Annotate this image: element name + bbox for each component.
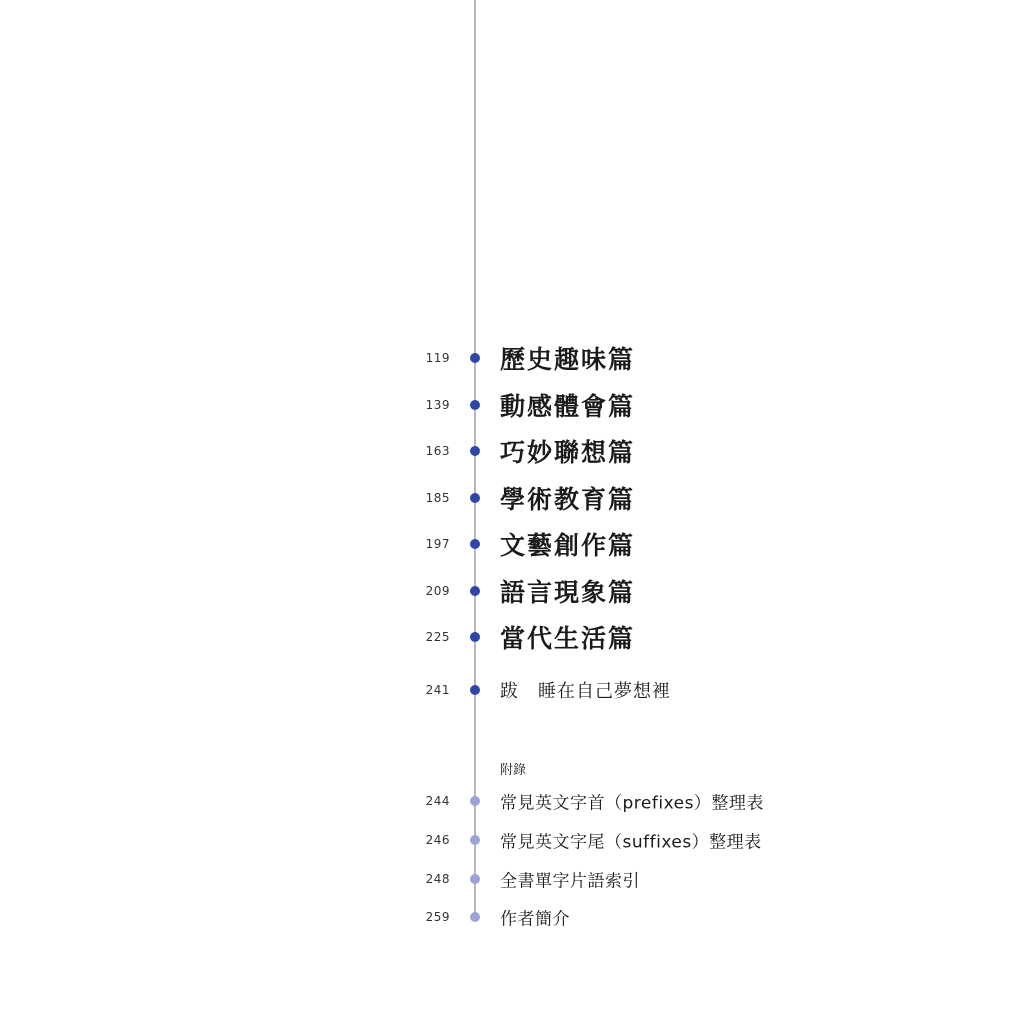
page-number: 248: [400, 872, 450, 886]
page-number: 163: [400, 444, 450, 458]
timeline-dot-icon: [470, 912, 480, 922]
appendix-item-title[interactable]: 常見英文字尾（suffixes）整理表: [500, 828, 762, 853]
epilogue-title[interactable]: 跋 睡在自己夢想裡: [500, 677, 671, 703]
chapter-title[interactable]: 歷史趣味篇: [500, 340, 635, 376]
toc-entry-chapter[interactable]: 185 學術教育篇: [0, 483, 1024, 513]
toc-entry-chapter[interactable]: 197 文藝創作篇: [0, 529, 1024, 559]
toc-entry-appendix[interactable]: 246 常見英文字尾（suffixes）整理表: [0, 825, 1024, 855]
appendix-item-title[interactable]: 作者簡介: [500, 905, 570, 930]
page-number: 185: [400, 491, 450, 505]
page-number: 259: [400, 910, 450, 924]
toc-entry-appendix[interactable]: 248 全書單字片語索引: [0, 864, 1024, 894]
timeline-dot-icon: [470, 796, 480, 806]
toc-entry-chapter[interactable]: 209 語言現象篇: [0, 576, 1024, 606]
chapter-title[interactable]: 文藝創作篇: [500, 526, 635, 562]
toc-entry-appendix[interactable]: 259 作者簡介: [0, 902, 1024, 932]
page-number: 225: [400, 630, 450, 644]
timeline-dot-icon: [470, 539, 480, 549]
toc-entry-chapter[interactable]: 119 歷史趣味篇: [0, 343, 1024, 373]
chapter-title[interactable]: 學術教育篇: [500, 480, 635, 516]
page-number: 139: [400, 398, 450, 412]
toc-entry-chapter[interactable]: 225 當代生活篇: [0, 622, 1024, 652]
chapter-title[interactable]: 動感體會篇: [500, 387, 635, 423]
timeline-dot-icon: [470, 400, 480, 410]
appendix-item-title[interactable]: 全書單字片語索引: [500, 867, 640, 892]
timeline-dot-icon: [470, 835, 480, 845]
toc-entry-appendix[interactable]: 244 常見英文字首（prefixes）整理表: [0, 786, 1024, 816]
page-number: 209: [400, 584, 450, 598]
chapter-title[interactable]: 語言現象篇: [500, 573, 635, 609]
timeline-dot-icon: [470, 446, 480, 456]
timeline-dot-icon: [470, 874, 480, 884]
toc-entry-chapter[interactable]: 163 巧妙聯想篇: [0, 436, 1024, 466]
page-number: 246: [400, 833, 450, 847]
timeline-dot-icon: [470, 685, 480, 695]
appendix-heading: 附錄: [500, 759, 526, 778]
toc-entry-epilogue[interactable]: 241 跋 睡在自己夢想裡: [0, 675, 1024, 705]
toc-entry-chapter[interactable]: 139 動感體會篇: [0, 390, 1024, 420]
page-number: 119: [400, 351, 450, 365]
chapter-title[interactable]: 當代生活篇: [500, 619, 635, 655]
page-number: 244: [400, 794, 450, 808]
page-number: 241: [400, 683, 450, 697]
timeline-dot-icon: [470, 493, 480, 503]
chapter-title[interactable]: 巧妙聯想篇: [500, 433, 635, 469]
timeline-dot-icon: [470, 586, 480, 596]
timeline-dot-icon: [470, 632, 480, 642]
page-number: 197: [400, 537, 450, 551]
timeline-dot-icon: [470, 353, 480, 363]
appendix-item-title[interactable]: 常見英文字首（prefixes）整理表: [500, 789, 764, 814]
